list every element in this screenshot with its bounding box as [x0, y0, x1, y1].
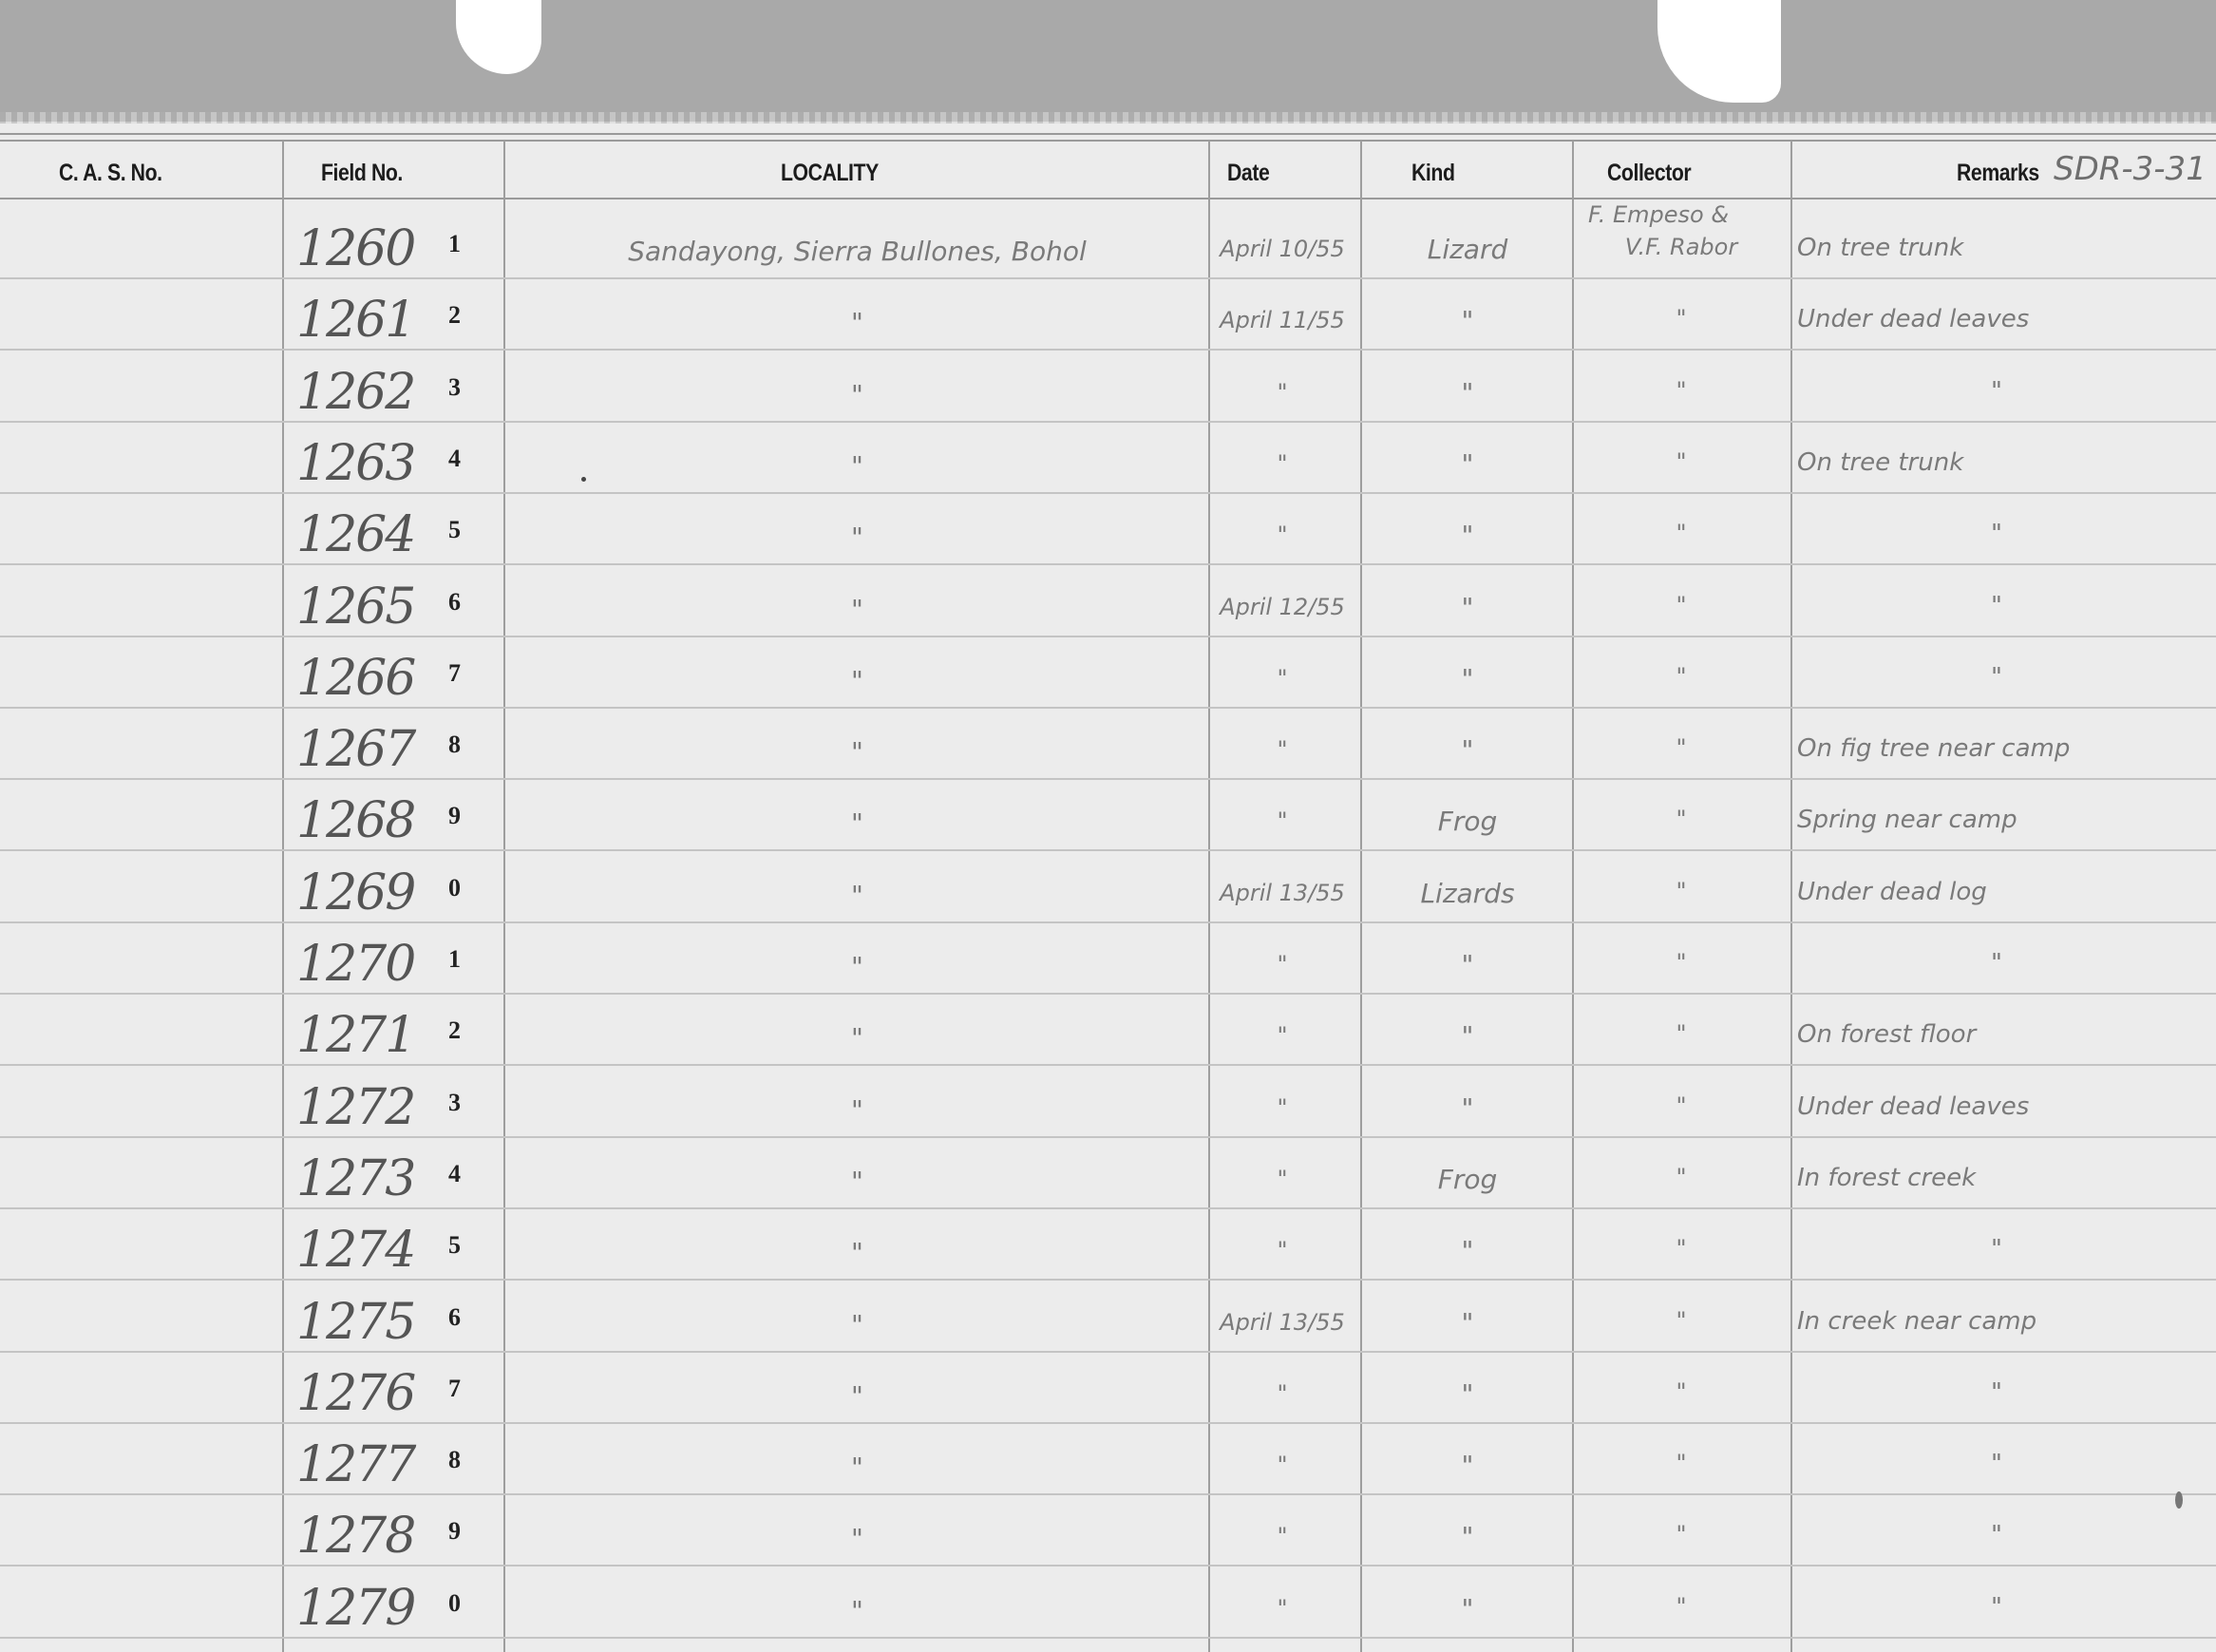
column-header-field-no: Field No.	[321, 160, 403, 187]
date-cell: "	[1199, 736, 1366, 763]
field-no-cell: 1279	[296, 1580, 414, 1637]
table-row: 12745"""""	[0, 1210, 2216, 1282]
remarks-cell: "	[1797, 520, 2196, 548]
column-header-kind: Kind	[1411, 160, 1455, 187]
column-header-remarks: Remarks	[1957, 160, 2039, 187]
locality-cell: "	[513, 450, 1202, 482]
table-row: 12601Sandayong, Sierra Bullones, BoholAp…	[0, 209, 2216, 280]
field-no-cell: 1272	[296, 1079, 414, 1136]
collector-cell: "	[1577, 448, 1786, 475]
date-cell: "	[1199, 450, 1366, 477]
kind-cell: "	[1368, 1020, 1567, 1052]
locality-cell: "	[513, 736, 1202, 768]
collector-cell: "	[1577, 1521, 1786, 1548]
field-no-cell: 1269	[296, 864, 414, 921]
row-rule	[0, 1064, 2216, 1066]
remarks-cell: Under dead log	[1797, 878, 2196, 906]
date-cell: April 11/55	[1199, 307, 1366, 333]
table-row: 12723""""Under dead leaves	[0, 1068, 2216, 1139]
kind-cell: "	[1368, 377, 1567, 408]
kind-cell: "	[1368, 1593, 1567, 1624]
collector-cell: "	[1577, 520, 1786, 546]
row-rule	[0, 492, 2216, 494]
remarks-cell: "	[1797, 1378, 2196, 1407]
remarks-cell: In creek near camp	[1797, 1307, 2196, 1336]
collector-cell: "	[1577, 592, 1786, 618]
sequence-digit: 5	[448, 1231, 461, 1260]
date-cell: "	[1199, 665, 1366, 692]
kind-cell: "	[1368, 663, 1567, 694]
date-cell: "	[1199, 1022, 1366, 1049]
date-cell: "	[1199, 1166, 1366, 1192]
locality-cell: "	[513, 1237, 1202, 1268]
remarks-cell: "	[1797, 377, 2196, 406]
remarks-cell: In forest creek	[1797, 1164, 2196, 1192]
locality-cell: "	[513, 379, 1202, 410]
date-cell: April 10/55	[1199, 236, 1366, 262]
sequence-digit: 5	[448, 516, 461, 544]
collector-cell: V.F. Rabor	[1577, 234, 1786, 260]
kind-cell: Frog	[1368, 1164, 1567, 1195]
locality-cell: "	[513, 1022, 1202, 1054]
collector-cell: "	[1577, 734, 1786, 761]
kind-cell: Frog	[1368, 806, 1567, 837]
row-rule	[0, 421, 2216, 423]
table-row: 12789"""""	[0, 1496, 2216, 1567]
kind-cell: "	[1368, 1307, 1567, 1339]
field-no-cell: 1278	[296, 1508, 414, 1565]
sequence-digit: 1	[448, 945, 461, 974]
collector-cell: "	[1577, 305, 1786, 332]
locality-cell: "	[513, 1452, 1202, 1483]
sequence-digit: 3	[448, 1089, 461, 1117]
field-no-cell: 1263	[296, 435, 414, 492]
table-row: 12756"April 13/55""In creek near camp	[0, 1282, 2216, 1354]
table-row: 12690"April 13/55Lizards"Under dead log	[0, 853, 2216, 924]
remarks-cell: On tree trunk	[1797, 448, 2196, 477]
table-row: 12767"""""	[0, 1354, 2216, 1425]
row-rule	[0, 1493, 2216, 1495]
row-rule	[0, 349, 2216, 351]
row-rule	[0, 1207, 2216, 1209]
field-no-cell: 1277	[296, 1436, 414, 1493]
row-rule	[0, 1136, 2216, 1138]
row-rule	[0, 993, 2216, 995]
card-top-strip	[0, 0, 2216, 122]
column-header-collector: Collector	[1607, 160, 1691, 187]
collector-cell: "	[1577, 806, 1786, 832]
table-row: 12790"""""	[0, 1568, 2216, 1640]
sequence-digit: 1	[448, 230, 461, 258]
row-rule	[0, 778, 2216, 780]
sequence-digit: 6	[448, 1303, 461, 1332]
kind-cell: Lizards	[1368, 878, 1567, 909]
field-no-cell: 1270	[296, 936, 414, 993]
sequence-digit: 7	[448, 1375, 461, 1403]
sequence-digit: 6	[448, 588, 461, 617]
collector-cell: "	[1577, 1164, 1786, 1190]
locality-cell: "	[513, 951, 1202, 982]
sequence-digit: 0	[448, 1589, 461, 1618]
sequence-digit: 7	[448, 659, 461, 688]
ink-speck	[2175, 1491, 2183, 1509]
locality-cell: "	[513, 1595, 1202, 1626]
date-cell: April 13/55	[1199, 880, 1366, 906]
kind-cell: "	[1368, 448, 1567, 480]
table-row: 12667"""""	[0, 638, 2216, 710]
sequence-digit: 4	[448, 445, 461, 473]
table-row: 12701"""""	[0, 924, 2216, 996]
table-row: 12734""Frog"In forest creek	[0, 1139, 2216, 1210]
date-cell: April 12/55	[1199, 594, 1366, 620]
table-row: 12689""Frog"Spring near camp	[0, 781, 2216, 852]
locality-cell: "	[513, 880, 1202, 911]
locality-cell: "	[513, 1309, 1202, 1340]
sequence-digit: 2	[448, 1016, 461, 1045]
locality-cell: "	[513, 594, 1202, 625]
date-cell: "	[1199, 807, 1366, 834]
column-header-date: Date	[1227, 160, 1269, 187]
field-no-cell: 1276	[296, 1365, 414, 1422]
collector-cell: "	[1577, 1020, 1786, 1047]
field-no-cell: 1261	[296, 292, 414, 349]
date-cell: April 13/55	[1199, 1309, 1366, 1336]
remarks-cell: "	[1797, 1521, 2196, 1549]
kind-cell: Lizard	[1368, 234, 1567, 265]
field-no-cell: 1274	[296, 1222, 414, 1279]
field-no-cell: 1266	[296, 650, 414, 707]
row-rule	[0, 1565, 2216, 1567]
row-rule	[0, 636, 2216, 637]
collector-cell: "	[1577, 1593, 1786, 1620]
header-rule	[0, 133, 2216, 135]
locality-cell: "	[513, 1523, 1202, 1554]
kind-cell: "	[1368, 734, 1567, 766]
header-bottom-rule	[0, 198, 2216, 199]
remarks-cell: On fig tree near camp	[1797, 734, 2196, 763]
remarks-cell: "	[1797, 592, 2196, 620]
kind-cell: "	[1368, 949, 1567, 980]
date-cell: "	[1199, 951, 1366, 978]
sequence-digit: 0	[448, 874, 461, 902]
date-cell: "	[1199, 379, 1366, 406]
row-rule	[0, 1279, 2216, 1281]
field-no-cell: 1264	[296, 506, 414, 563]
field-no-cell: 1265	[296, 579, 414, 636]
kind-cell: "	[1368, 592, 1567, 623]
row-rule	[0, 563, 2216, 565]
row-rule	[0, 1351, 2216, 1353]
sequence-digit: 9	[448, 802, 461, 830]
remarks-cell: "	[1797, 1593, 2196, 1622]
column-header-cas-no: C. A. S. No.	[59, 160, 162, 187]
date-cell: "	[1199, 1094, 1366, 1121]
locality-cell: "	[513, 807, 1202, 839]
sequence-digit: 8	[448, 731, 461, 759]
table-row: 12712""""On forest floor	[0, 996, 2216, 1067]
table-row: 12778"""""	[0, 1425, 2216, 1496]
collector-cell: "	[1577, 949, 1786, 976]
row-rule	[0, 1637, 2216, 1639]
remarks-cell: On forest floor	[1797, 1020, 2196, 1049]
catalog-stamp: SDR-3-31	[2054, 150, 2207, 188]
remarks-cell: On tree trunk	[1797, 234, 2196, 262]
row-rule	[0, 277, 2216, 279]
row-rule	[0, 849, 2216, 851]
date-cell: "	[1199, 1523, 1366, 1549]
field-no-cell: 1275	[296, 1294, 414, 1351]
remarks-cell: Under dead leaves	[1797, 1092, 2196, 1121]
row-rule	[0, 921, 2216, 923]
collector-cell: "	[1577, 377, 1786, 404]
header-rule	[0, 140, 2216, 142]
remarks-cell: Under dead leaves	[1797, 305, 2196, 333]
sequence-digit: 3	[448, 373, 461, 402]
table-row: 12623"""""	[0, 352, 2216, 424]
kind-cell: "	[1368, 1378, 1567, 1410]
date-cell: "	[1199, 1237, 1366, 1263]
table-row: 12678""""On fig tree near camp	[0, 710, 2216, 781]
kind-cell: "	[1368, 1092, 1567, 1124]
field-no-cell: 1260	[296, 220, 414, 277]
table-row: 12645"""""	[0, 495, 2216, 566]
ink-speck	[581, 477, 586, 482]
locality-cell: "	[513, 1166, 1202, 1197]
remarks-cell: "	[1797, 1235, 2196, 1263]
collector-cell: "	[1577, 1378, 1786, 1405]
field-no-cell: 1267	[296, 721, 414, 778]
locality-cell: "	[513, 307, 1202, 338]
kind-cell: "	[1368, 520, 1567, 551]
locality-cell: "	[513, 1380, 1202, 1412]
collector-cell: "	[1577, 878, 1786, 904]
sequence-digit: 2	[448, 301, 461, 330]
date-cell: "	[1199, 1595, 1366, 1622]
sequence-digit: 9	[448, 1517, 461, 1546]
kind-cell: "	[1368, 305, 1567, 336]
locality-cell: Sandayong, Sierra Bullones, Bohol	[513, 236, 1202, 267]
field-no-cell: 1273	[296, 1150, 414, 1207]
date-cell: "	[1199, 1380, 1366, 1407]
sequence-digit: 8	[448, 1446, 461, 1474]
collector-cell: "	[1577, 1307, 1786, 1334]
row-rule	[0, 707, 2216, 709]
date-cell: "	[1199, 522, 1366, 548]
collector-cell: "	[1577, 1092, 1786, 1119]
kind-cell: "	[1368, 1450, 1567, 1481]
collector-cell: "	[1577, 1235, 1786, 1262]
remarks-cell: "	[1797, 1450, 2196, 1478]
collector-cell: "	[1577, 663, 1786, 690]
collector-cell: "	[1577, 1450, 1786, 1476]
row-rule	[0, 1422, 2216, 1424]
locality-cell: "	[513, 665, 1202, 696]
remarks-cell: "	[1797, 663, 2196, 692]
field-no-cell: 1271	[296, 1007, 414, 1064]
table-row: 12656"April 12/55"""	[0, 567, 2216, 638]
table-row: 12634""""On tree trunk	[0, 424, 2216, 495]
field-no-cell: 1262	[296, 364, 414, 421]
sequence-digit: 4	[448, 1160, 461, 1188]
locality-cell: "	[513, 1094, 1202, 1126]
kind-cell: "	[1368, 1521, 1567, 1552]
kind-cell: "	[1368, 1235, 1567, 1266]
field-no-cell: 1268	[296, 792, 414, 849]
remarks-cell: Spring near camp	[1797, 806, 2196, 834]
column-header-locality: LOCALITY	[781, 160, 879, 187]
locality-cell: "	[513, 522, 1202, 553]
table-row: 12612"April 11/55""Under dead leaves	[0, 280, 2216, 351]
date-cell: "	[1199, 1452, 1366, 1478]
remarks-cell: "	[1797, 949, 2196, 978]
